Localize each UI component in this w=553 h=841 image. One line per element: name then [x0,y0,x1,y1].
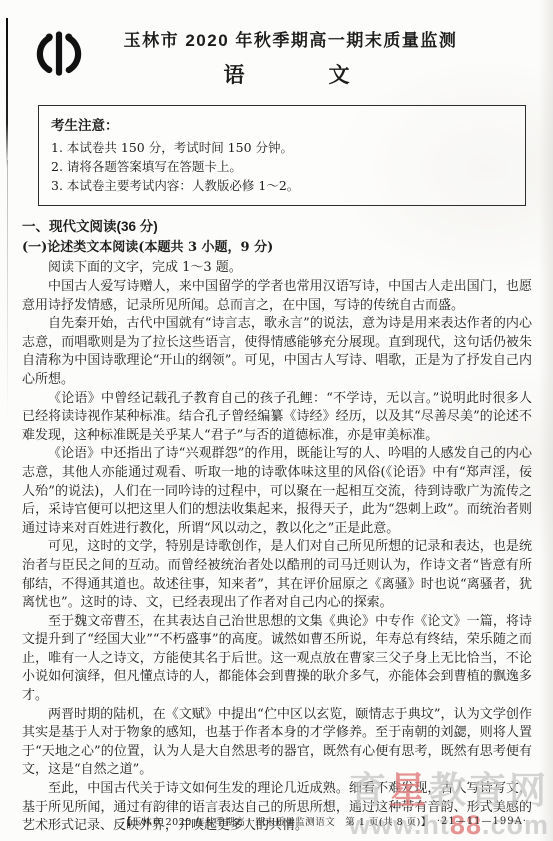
section-heading: 一、现代文阅读(36 分) [22,216,532,237]
essay-paragraph: 《论语》中曾经记载孔子教育自己的孩子孔鲤：“不学诗，无以言。”说明此时很多人已经… [22,390,532,446]
notice-item: 3. 本试卷主要考试内容：人教版必修 1～2。 [51,176,513,195]
notice-title: 考生注意： [51,114,513,134]
footer-caption: 【玉林市 2020 年秋季期高一期末质量监测语文 第 1 页(共 8 页)】 [122,817,431,828]
scan-edge-artifact-faint [7,160,8,420]
paper-code: ·21—11—199A· [437,816,527,827]
subsection-heading: (一)论述类文本阅读(本题共 3 小题，9 分) [22,237,532,258]
page-footer: 【玉林市 2020 年秋季期高一期末质量监测语文 第 1 页(共 8 页)】 ·… [0,810,553,829]
exam-subject: 语 文 [20,59,553,89]
reading-instruction: 阅读下面的文字，完成 1～3 题。 [22,258,532,278]
exam-page: 玉林市 2020 年秋季期高一期末质量监测 语 文 考生注意： 1. 本试卷共 … [0,0,553,841]
watermark-site-name: 育星教育网 [349,772,549,811]
notice-item: 2. 请将各题答案填写在答题卡上。 [51,157,513,176]
exam-header: 玉林市 2020 年秋季期高一期末质量监测 语 文 [0,0,553,89]
exam-body: 一、现代文阅读(36 分) (一)论述类文本阅读(本题共 3 小题，9 分) 阅… [22,216,532,836]
school-seal-icon [32,30,86,78]
exam-title: 玉林市 2020 年秋季期高一期末质量监测 [28,26,553,51]
essay-paragraph: 自先秦开始，古代中国就有“诗言志，歌永言”的说法，意为诗是用来表达作者的内心志意… [22,315,532,389]
essay-paragraph: 可见，这时的文学，特别是诗歌创作，是人们对自己所见所想的记录和表达，也是统治者与… [22,538,532,612]
essay-paragraph: 中国古人爱写诗赠人，来中国留学的学者也常用汉语写诗，中国古人走出国门，也愿意用诗… [22,278,532,315]
notice-item: 1. 本试卷共 150 分，考试时间 150 分钟。 [51,138,513,157]
essay-paragraph: 《论语》中还指出了诗“兴观群怨”的作用，既能让写的人、吟唱的人感发自己的内心志意… [22,445,532,538]
notice-box: 考生注意： 1. 本试卷共 150 分，考试时间 150 分钟。 2. 请将各题… [38,105,526,206]
essay-paragraph: 至于魏文帝曹丕，在其表达自己治世思想的文集《典论》中专作《论文》一篇，将诗文提升… [22,613,532,706]
